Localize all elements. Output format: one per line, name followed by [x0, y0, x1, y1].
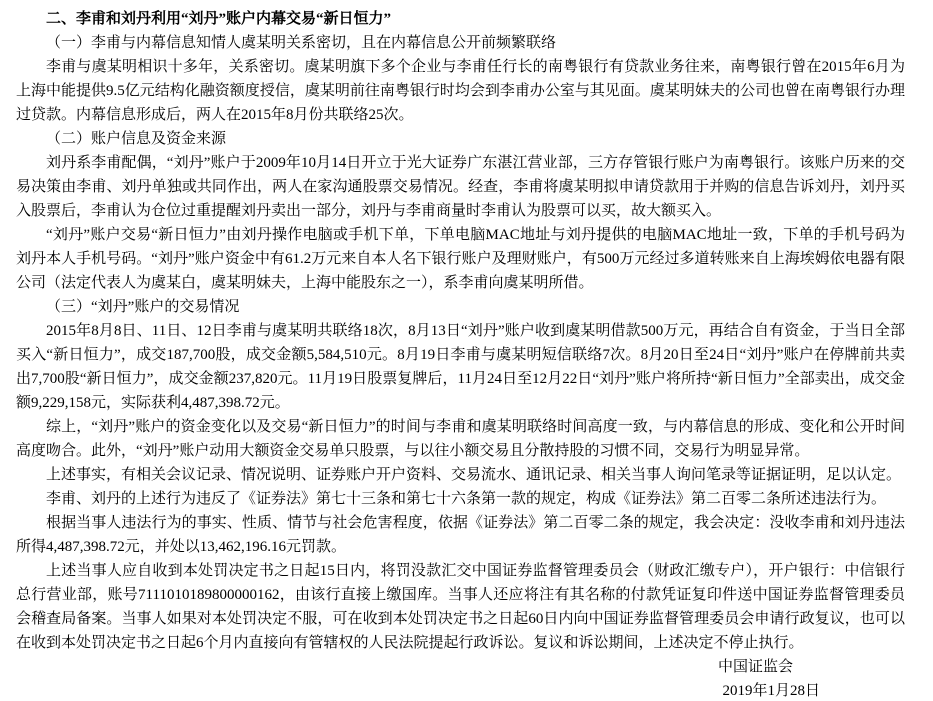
section-2-heading: （二）账户信息及资金来源 — [16, 127, 905, 151]
section-3-paragraph-4: 李甫、刘丹的上述行为违反了《证券法》第七十三条和第七十六条第一款的规定，构成《证… — [16, 487, 905, 511]
section-3-paragraph-6: 上述当事人应自收到本处罚决定书之日起15日内，将罚没款汇交中国证券监督管理委员会… — [16, 559, 905, 655]
section-3-paragraph-1: 2015年8月8日、11日、12日李甫与虞某明共联络18次，8月13日“刘丹”账… — [16, 319, 905, 415]
section-3-paragraph-3: 上述事实，有相关会议记录、情况说明、证券账户开户资料、交易流水、通讯记录、相关当… — [16, 463, 905, 487]
section-1-heading: （一）李甫与内幕信息知情人虞某明关系密切，且在内幕信息公开前频繁联络 — [16, 31, 905, 55]
section-2-paragraph-1: 刘丹系李甫配偶，“刘丹”账户于2009年10月14日开立于光大证券广东湛江营业部… — [16, 151, 905, 223]
signature-date: 2019年1月28日 — [16, 679, 905, 701]
document-title: 二、李甫和刘丹利用“刘丹”账户内幕交易“新日恒力” — [16, 7, 905, 31]
penalty-decision-document: 二、李甫和刘丹利用“刘丹”账户内幕交易“新日恒力” （一）李甫与内幕信息知情人虞… — [0, 0, 933, 701]
section-3-paragraph-5: 根据当事人违法行为的事实、性质、情节与社会危害程度，依据《证券法》第二百零二条的… — [16, 511, 905, 559]
section-3-paragraph-2: 综上，“刘丹”账户的资金变化以及交易“新日恒力”的时间与李甫和虞某明联络时间高度… — [16, 415, 905, 463]
section-2-paragraph-2: “刘丹”账户交易“新日恒力”由刘丹操作电脑或手机下单，下单电脑MAC地址与刘丹提… — [16, 223, 905, 295]
section-3-heading: （三）“刘丹”账户的交易情况 — [16, 295, 905, 319]
section-1-paragraph-1: 李甫与虞某明相识十多年，关系密切。虞某明旗下多个企业与李甫任行长的南粤银行有贷款… — [16, 55, 905, 127]
issuing-authority-signature: 中国证监会 — [16, 655, 905, 679]
